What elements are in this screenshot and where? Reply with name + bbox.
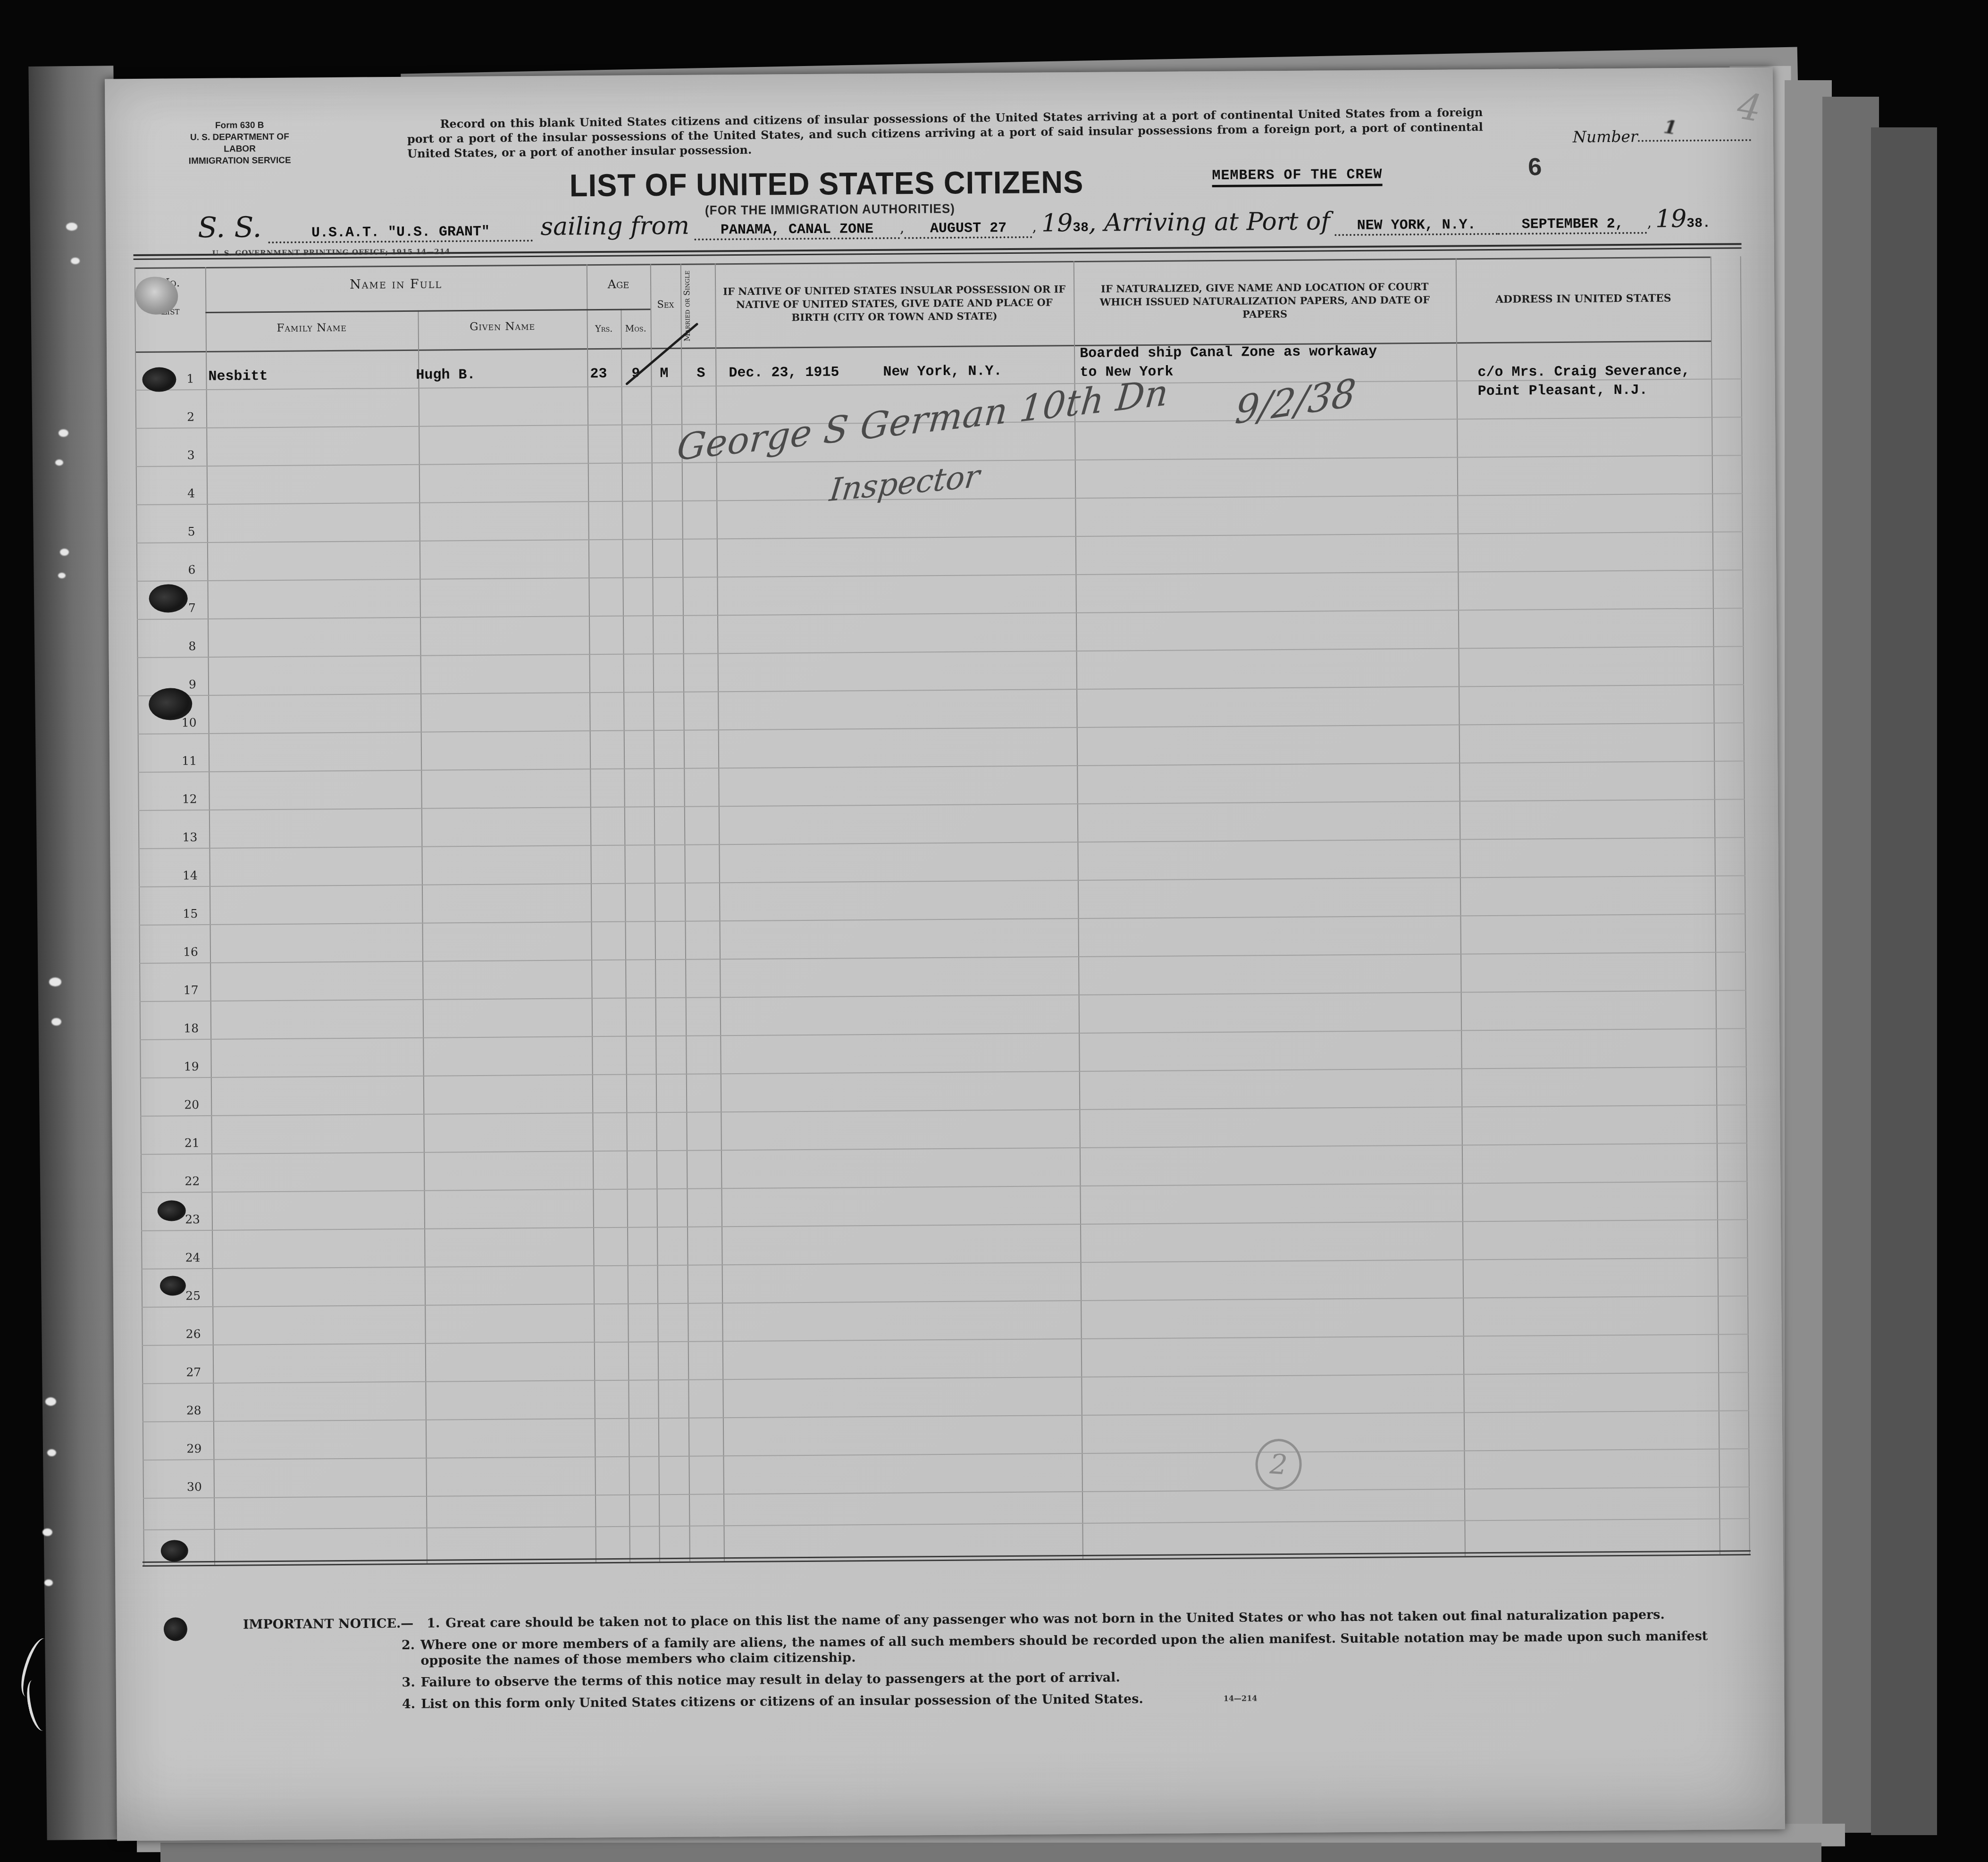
row-line xyxy=(138,760,1745,773)
ink-blob xyxy=(160,1276,186,1295)
entry-naturalization-line1: Boarded ship Canal Zone as workaway xyxy=(1080,344,1377,362)
hole-punch-mark xyxy=(55,459,63,466)
row-line xyxy=(140,990,1746,1002)
hole-punch-mark xyxy=(58,573,66,578)
notice-item-number: 4. xyxy=(394,1696,421,1712)
grid-vline xyxy=(650,264,660,1562)
notice-item: IMPORTANT NOTICE.— 1. Great care should … xyxy=(243,1607,1715,1633)
comma: , xyxy=(900,220,905,236)
number-field: Number14 xyxy=(1573,123,1751,146)
header-given-name: Given Name xyxy=(418,320,587,333)
row-line xyxy=(139,913,1746,926)
notice-item-text: Where one or more members of a family ar… xyxy=(420,1628,1715,1669)
header-name-in-full: Name in Full xyxy=(205,276,587,293)
notice-item-number: 1. xyxy=(418,1615,445,1631)
header-naturalized: IF NATURALIZED, GIVE NAME AND LOCATION O… xyxy=(1078,259,1451,343)
sheet-stack-right-4 xyxy=(1871,127,1937,1835)
arrival-date-field: SEPTEMBER 2, xyxy=(1498,216,1647,235)
hole-punch-mark xyxy=(66,223,77,231)
grid-vline xyxy=(1711,257,1720,1555)
manifest-page: Form 630 B U. S. DEPARTMENT OF LABOR IMM… xyxy=(105,67,1785,1841)
hole-punch-mark xyxy=(47,1449,56,1456)
row-number: 27 xyxy=(142,1365,201,1379)
row-line xyxy=(142,1372,1749,1384)
row-number: 16 xyxy=(139,945,198,959)
row-number: 8 xyxy=(137,639,196,653)
row-line xyxy=(143,1410,1749,1422)
number-value-pencil: 4 xyxy=(1734,85,1764,131)
department-name: U. S. DEPARTMENT OF LABOR xyxy=(176,131,303,155)
year-prefix: 19 xyxy=(1041,209,1073,237)
row-line xyxy=(143,1486,1750,1499)
grid-vline xyxy=(1740,256,1750,1554)
form-identification-block: Form 630 B U. S. DEPARTMENT OF LABOR IMM… xyxy=(176,119,304,167)
row-number: 17 xyxy=(139,983,198,997)
row-number: 13 xyxy=(138,830,197,844)
ink-blob xyxy=(164,1617,187,1641)
entry-birth-place: New York, N.Y. xyxy=(883,363,1002,380)
comma: , xyxy=(1647,215,1652,231)
row-line xyxy=(143,1518,1750,1530)
entry-birth-date: Dec. 23, 1915 xyxy=(729,365,839,382)
notice-item-number: 2. xyxy=(393,1637,420,1669)
hole-punch-mark xyxy=(71,258,80,264)
entry-address-line1: c/o Mrs. Craig Severance, xyxy=(1477,363,1690,381)
ink-blob xyxy=(142,367,176,392)
grid-vline xyxy=(418,310,428,1564)
row-number: 15 xyxy=(139,907,198,921)
number-label: Number xyxy=(1573,127,1638,146)
year-prefix: 19 xyxy=(1655,205,1687,233)
row-line xyxy=(141,1219,1748,1231)
comma: , xyxy=(1032,219,1037,235)
header-birth: IF NATIVE OF UNITED STATES INSULAR POSSE… xyxy=(720,262,1069,345)
row-number: 11 xyxy=(138,754,197,768)
notice-item: 3. Failure to observe the terms of this … xyxy=(243,1666,1716,1692)
row-number: 20 xyxy=(140,1098,199,1112)
row-line xyxy=(137,646,1744,658)
row-number: 2 xyxy=(135,410,194,424)
arrival-port-field: NEW YORK, N.Y. xyxy=(1335,217,1498,236)
crew-annotation: MEMBERS OF THE CREW xyxy=(1212,167,1382,187)
hole-punch-mark xyxy=(51,1018,61,1026)
grid-vline xyxy=(1456,258,1466,1556)
row-number: 18 xyxy=(140,1021,199,1035)
row-line xyxy=(139,952,1746,964)
notice-item: 4. List on this form only United States … xyxy=(243,1687,1716,1713)
row-line xyxy=(136,531,1743,543)
paper-crumple-mark xyxy=(135,276,178,315)
row-number: 26 xyxy=(142,1327,201,1341)
number-fill-line: 14 xyxy=(1638,123,1751,142)
arriving-label: , Arriving at Port of xyxy=(1089,207,1330,237)
hole-punch-mark xyxy=(44,1579,53,1586)
hole-punch-mark xyxy=(42,1528,52,1536)
row-line xyxy=(142,1257,1748,1269)
header-mos: Mos. xyxy=(621,323,651,334)
notice-item-number: 3. xyxy=(394,1675,421,1690)
sailing-port-field: PANAMA, CANAL ZONE xyxy=(694,221,900,241)
sailing-date-field: AUGUST 27 xyxy=(904,220,1032,239)
row-line xyxy=(142,1295,1748,1308)
scanned-manifest-photo: { "form": { "form_id_lines": ["Form 630 … xyxy=(0,0,1988,1862)
row-line xyxy=(138,722,1745,735)
row-number: 4 xyxy=(136,486,195,501)
ship-name-field: U.S.A.T. "U.S. GRANT" xyxy=(268,224,533,243)
row-line xyxy=(137,608,1744,620)
row-line xyxy=(140,1104,1747,1117)
row-number: 30 xyxy=(143,1480,202,1494)
grid-vline xyxy=(205,267,215,1565)
row-line xyxy=(141,1143,1747,1155)
instructions-paragraph: Record on this blank United States citiz… xyxy=(407,105,1483,161)
sheet-stack-right-3 xyxy=(1822,97,1879,1833)
service-name: IMMIGRATION SERVICE xyxy=(176,154,303,167)
ink-blob xyxy=(161,1540,188,1561)
header-tier-divider xyxy=(205,309,650,313)
row-number: 19 xyxy=(140,1060,199,1074)
header-family-name: Family Name xyxy=(206,321,418,335)
inspection-date: 9/2/38 xyxy=(1233,370,1358,433)
row-line xyxy=(140,1066,1747,1078)
entry-age-yrs: 23 xyxy=(590,366,607,382)
hole-punch-mark xyxy=(45,1397,56,1406)
circled-page-number: 2 xyxy=(1254,1437,1303,1491)
row-line xyxy=(138,837,1745,849)
notice-item-text: Great care should be taken not to place … xyxy=(445,1607,1665,1631)
entry-sex: M xyxy=(660,366,668,382)
header-address: ADDRESS IN UNITED STATES xyxy=(1460,258,1706,341)
header-sex: Sex xyxy=(650,299,680,310)
row-line xyxy=(136,569,1743,582)
ss-label: S. S. xyxy=(198,211,262,244)
sailing-from-label: sailing from xyxy=(540,212,689,241)
hole-punch-mark xyxy=(59,429,68,437)
sheet-stack-bottom-2 xyxy=(160,1843,1821,1862)
ink-blob xyxy=(158,1200,186,1221)
sailing-year: 38 xyxy=(1073,221,1089,235)
ink-blob xyxy=(149,688,192,720)
notice-item-text: Failure to observe the terms of this not… xyxy=(421,1670,1120,1690)
form-number: Form 630 B xyxy=(176,119,303,132)
header-yrs: Yrs. xyxy=(587,324,621,334)
row-number: 12 xyxy=(138,792,197,806)
entry-married-single: S xyxy=(696,366,705,382)
header-age: Age xyxy=(587,277,650,291)
entry-given-name: Hugh B. xyxy=(416,367,475,384)
hole-punch-mark xyxy=(49,977,61,986)
row-number: 5 xyxy=(136,525,195,539)
print-mark: 14—214 xyxy=(1224,1690,1258,1706)
hole-punch-mark xyxy=(60,549,69,556)
row-line xyxy=(141,1181,1747,1193)
number-value-ink: 1 xyxy=(1662,116,1678,139)
row-number: 14 xyxy=(139,868,198,883)
row-line xyxy=(142,1334,1749,1346)
row-number: 3 xyxy=(135,448,194,462)
entry-address-line2: Point Pleasant, N.J. xyxy=(1478,383,1648,400)
circled-number-value: 2 xyxy=(1269,1448,1288,1481)
important-notice: IMPORTANT NOTICE.— 1. Great care should … xyxy=(243,1607,1716,1720)
row-line xyxy=(137,684,1744,696)
grid-vline xyxy=(1074,261,1083,1559)
inspector-title: Inspector xyxy=(828,458,981,509)
row-number: 28 xyxy=(143,1403,201,1418)
row-number: 22 xyxy=(141,1174,200,1188)
row-line xyxy=(139,875,1745,887)
grid-vline xyxy=(621,309,630,1562)
row-line xyxy=(140,1028,1746,1040)
notice-item: 2. Where one or more members of a family… xyxy=(243,1628,1715,1670)
notice-label: IMPORTANT NOTICE.— xyxy=(243,1616,419,1633)
row-number: 29 xyxy=(143,1442,201,1456)
notice-item-text: List on this form only United States cit… xyxy=(421,1691,1143,1712)
row-line xyxy=(143,1448,1749,1461)
row-number: 6 xyxy=(136,563,195,577)
form-title: LIST OF UNITED STATES CITIZENS xyxy=(569,164,1083,204)
row-number: 24 xyxy=(141,1251,200,1265)
grid-vline xyxy=(587,264,596,1562)
row-line xyxy=(138,799,1745,811)
ink-blob xyxy=(149,584,187,613)
entry-family-name: Nesbitt xyxy=(208,368,268,385)
arrival-year: 38. xyxy=(1686,217,1711,231)
row-number: 21 xyxy=(141,1136,200,1150)
